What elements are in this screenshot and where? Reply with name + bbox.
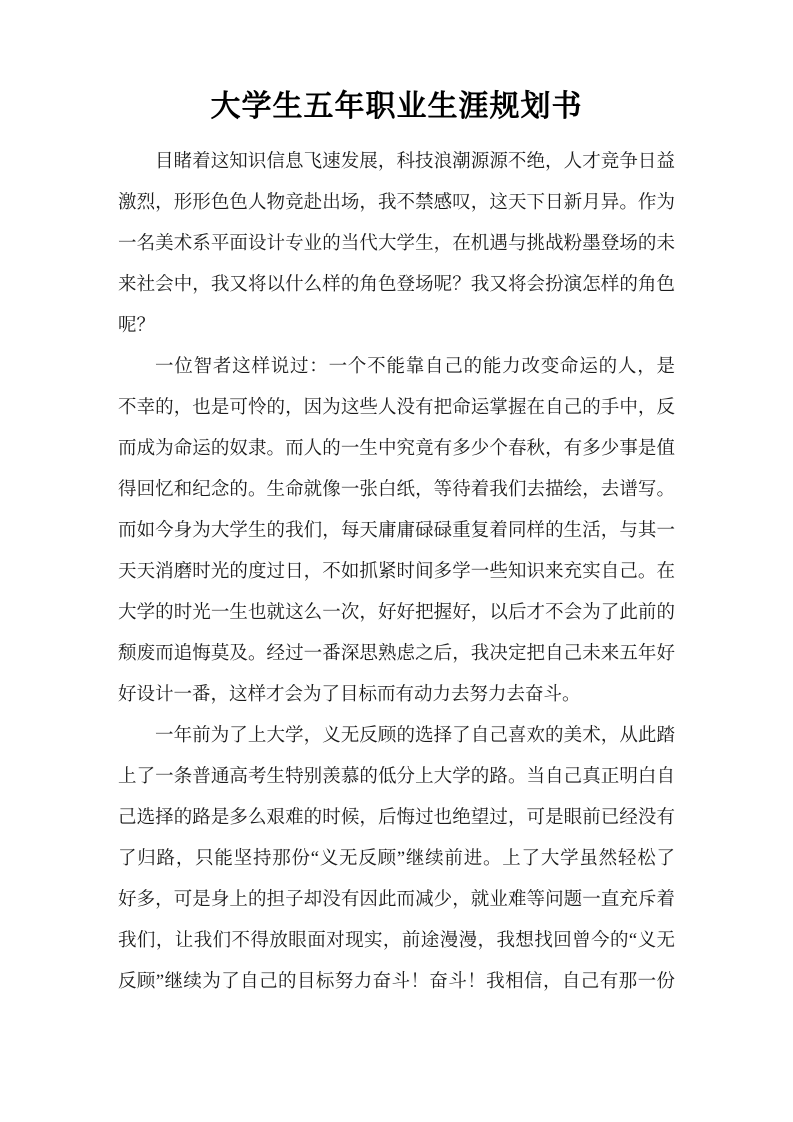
document-body: 目睹着这知识信息飞速发展，科技浪潮源源不绝，人才竞争日益激烈，形形色色人物竞赴出… [118,142,675,1003]
text-line: 好多，可是身上的担子却没有因此而减少，就业难等问题一直充斥着 [118,880,675,921]
document-page: 大学生五年职业生涯规划书 目睹着这知识信息飞速发展，科技浪潮源源不绝，人才竞争日… [0,0,793,1122]
text-line: 而如今身为大学生的我们，每天庸庸碌碌重复着同样的生活，与其一 [118,511,675,552]
text-line: 上了一条普通高考生特别羡慕的低分上大学的路。当自己真正明白自 [118,757,675,798]
text-line: 激烈，形形色色人物竞赴出场，我不禁感叹，这天下日新月异。作为 [118,183,675,224]
text-line: 反顾”继续为了自己的目标努力奋斗！奋斗！我相信，自己有那一份 [118,962,675,1003]
paragraph: 目睹着这知识信息飞速发展，科技浪潮源源不绝，人才竞争日益激烈，形形色色人物竞赴出… [118,142,675,347]
text-line: 呢？ [118,306,675,347]
text-line: 大学的时光一生也就这么一次，好好把握好，以后才不会为了此前的 [118,593,675,634]
text-line: 一位智者这样说过：一个不能靠自己的能力改变命运的人，是 [118,347,675,388]
text-line: 不幸的，也是可怜的，因为这些人没有把命运掌握在自己的手中，反 [118,388,675,429]
document-title: 大学生五年职业生涯规划书 [0,0,793,130]
text-line: 天天消磨时光的度过日，不如抓紧时间多学一些知识来充实自己。在 [118,552,675,593]
text-line: 己选择的路是多么艰难的时候，后悔过也绝望过，可是眼前已经没有 [118,798,675,839]
text-line: 目睹着这知识信息飞速发展，科技浪潮源源不绝，人才竞争日益 [118,142,675,183]
text-line: 我们，让我们不得放眼面对现实，前途漫漫，我想找回曾今的“义无 [118,921,675,962]
text-line: 得回忆和纪念的。生命就像一张白纸，等待着我们去描绘，去谱写。 [118,470,675,511]
text-line: 一名美术系平面设计专业的当代大学生，在机遇与挑战粉墨登场的未 [118,224,675,265]
text-line: 好设计一番，这样才会为了目标而有动力去努力去奋斗。 [118,675,675,716]
paragraph: 一年前为了上大学，义无反顾的选择了自己喜欢的美术，从此踏上了一条普通高考生特别羡… [118,716,675,1003]
text-line: 来社会中，我又将以什么样的角色登场呢？我又将会扮演怎样的角色 [118,265,675,306]
text-line: 一年前为了上大学，义无反顾的选择了自己喜欢的美术，从此踏 [118,716,675,757]
text-line: 了归路，只能坚持那份“义无反顾”继续前进。上了大学虽然轻松了 [118,839,675,880]
text-line: 而成为命运的奴隶。而人的一生中究竟有多少个春秋，有多少事是值 [118,429,675,470]
paragraph: 一位智者这样说过：一个不能靠自己的能力改变命运的人，是不幸的，也是可怜的，因为这… [118,347,675,716]
text-line: 颓废而追悔莫及。经过一番深思熟虑之后，我决定把自己未来五年好 [118,634,675,675]
